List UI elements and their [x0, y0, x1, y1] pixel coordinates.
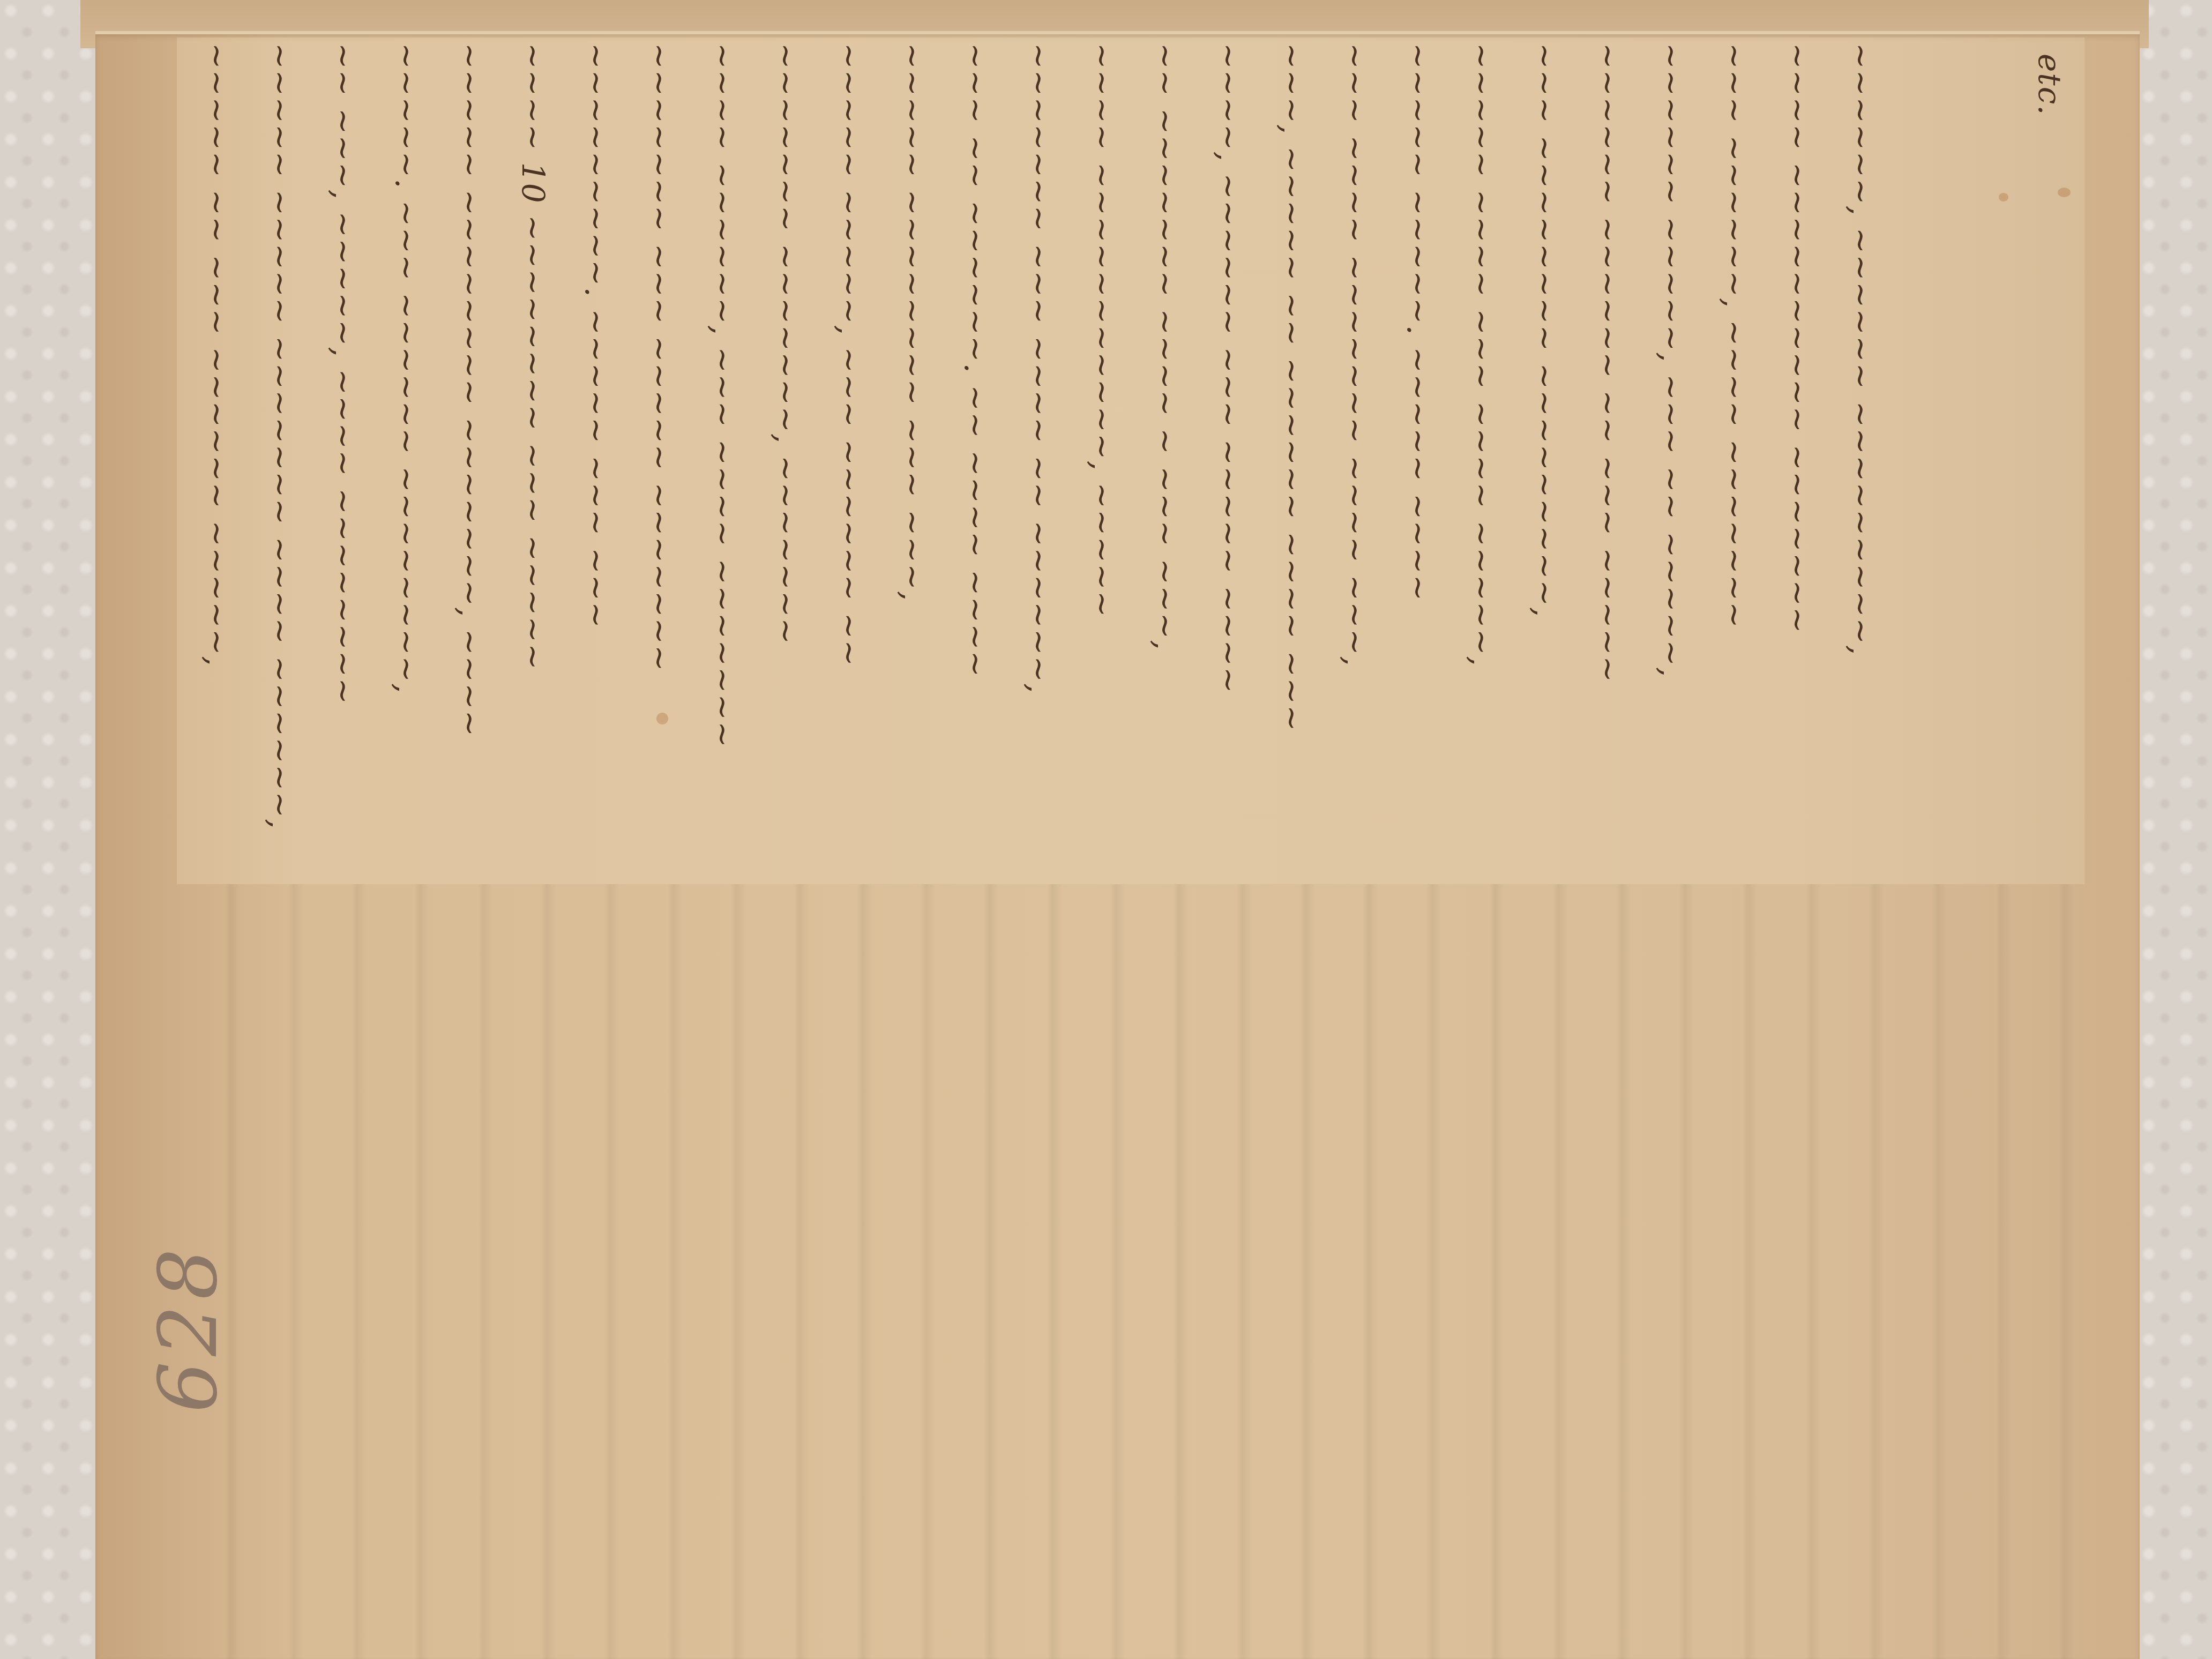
text-line: ~~ ~~~~~~~ ~~~~ ~ ~~~ ~~~,: [1141, 43, 1190, 879]
text-line: ~~~~~~~ ~~~ ~~~~ ~~ ~~~~~~,: [1015, 43, 1063, 879]
handwritten-line: ~~~~~~~~~. ~~~~~ ~~~ ~~~: [572, 43, 621, 629]
text-line: ~~~~ ~~~~~~, ~~~ ~~~~ ~~~~~~~: [699, 43, 747, 879]
text-line: ~~~~~ ~~~~~~~~ ~~~ ~~~,: [888, 43, 937, 879]
foxing-stain: [1999, 193, 2008, 201]
text-line: ~~~~~. ~~~ ~~~~~~ ~~~~~~~~,: [383, 43, 431, 879]
handwritten-line: ~~~ ~~~~~~, ~~~~ ~~~~~~~: [1710, 43, 1759, 629]
handwritten-line: ~~~~~ ~~~~~~~~ ~~~ ~~~,: [888, 43, 937, 602]
text-line: ~~~ ~~~~ ~~~~~~~ ~~~~ ~~~,: [1331, 43, 1379, 879]
handwritten-line: ~~~ ~~~~ ~~~~~~~ ~~~~ ~~~,: [1331, 43, 1379, 667]
handwritten-closing-etc: etc.: [2026, 54, 2074, 116]
text-line: ~~~~~~, ~~~~~~ ~~~~~~~~~,: [1837, 43, 1885, 879]
text-line: ~~~~ ~~~~~~~~~~~, ~~~~~: [1078, 43, 1126, 879]
handwritten-line: ~~~ ~~ ~~~~~~. ~~ ~~~~ ~~~~: [952, 43, 1000, 678]
text-line: ~~ ~~~, ~~~~~, ~~~~ ~~~~~~~~: [319, 43, 368, 879]
handwritten-line: ~~~~~~~ ~~~~~~~, ~~~~~~~: [762, 43, 810, 645]
handwritten-line: ~~~~~ ~~~~~ ~~~~~~~ ~~~~ ~~~~~~,: [256, 43, 304, 829]
text-line: ~~~~~~~ ~~~ ~~~~~ ~~~~~~~: [636, 43, 684, 879]
handwritten-line: ~~~~ 10 ~~~~~~~~ ~~~ ~~~~~: [509, 43, 557, 671]
text-line: ~~~ ~~~~~~, ~~~~ ~~~~~~~: [1710, 43, 1759, 879]
text-line: ~~~ ~~~~~~~~ ~~~~~~~~~,: [1521, 43, 1569, 879]
handwritten-line: ~~~~~~~ ~~~ ~~~~ ~~ ~~~~~~,: [1015, 43, 1063, 694]
text-line: ~~~~, ~~~~~~ ~~~ ~~~~~ ~~~~: [1205, 43, 1253, 879]
text-line: ~~~~ ~~~~~~~~~~ ~~~~~~~: [1774, 43, 1822, 879]
text-line: ~~~~~ ~~~~~~~~ ~~~~~~~, ~~~~: [446, 43, 494, 879]
handwritten-line: ~~~~~ ~~~~~~~~ ~~~~~~~, ~~~~: [446, 43, 494, 737]
handwritten-line: ~~~~~ ~~ ~~~ ~~~~~~ ~~~~~,: [193, 43, 241, 667]
text-line: ~~~ ~~ ~~~~~~. ~~ ~~~~ ~~~~: [952, 43, 1000, 879]
text-line: ~~~~~ ~~~~~ ~~~~~~~ ~~~~ ~~~~~~,: [256, 43, 304, 879]
text-line: ~~~~~~~ ~~~~~~~, ~~~~~~~: [762, 43, 810, 879]
text-line: ~~~~~~~~~. ~~~~~ ~~~ ~~~: [572, 43, 621, 879]
page-fold: [95, 31, 2140, 34]
ink-bleed-through-area: [177, 884, 2084, 1659]
handwritten-line: ~~~~~~ ~~~~~, ~~~ ~~ ~~~~~,: [1647, 43, 1695, 678]
text-line: ~~~~~~ ~~~~~~ ~~ ~~~ ~~~~~: [1584, 43, 1632, 879]
handwritten-line: ~~~ ~~~~~~~~ ~~~~~~~~~,: [1521, 43, 1569, 618]
text-line: ~~~~~ ~~ ~~~ ~~~~~~ ~~~~~,: [193, 43, 241, 879]
text-line: ~~~~~ ~~~~~. ~~~~~ ~~~~: [1394, 43, 1443, 879]
text-line: ~~~, ~~~~~ ~~ ~~~~~~ ~~~~ ~~~: [1268, 43, 1316, 879]
handwritten-line: ~~ ~~~, ~~~~~, ~~~~ ~~~~~~~~: [319, 43, 368, 705]
handwritten-line: ~~~~ ~~~~~~~~~~ ~~~~~~~: [1774, 43, 1822, 634]
handwritten-line: ~~~~ ~~~~~~, ~~~ ~~~~ ~~~~~~~: [699, 43, 747, 749]
text-line: ~~~~~~ ~~~~~, ~~~ ~~ ~~~~~,: [1647, 43, 1695, 879]
foxing-stain: [656, 713, 668, 724]
handwritten-line: ~~~~~ ~~~~ ~~~ ~~~~ ~~~~~,: [1458, 43, 1506, 667]
handwritten-line: ~~~~, ~~~~~~ ~~~ ~~~~~ ~~~~: [1205, 43, 1253, 694]
handwritten-line: ~~~~ ~~~~~~~~~~~, ~~~~~: [1078, 43, 1126, 618]
handwritten-line: ~~~~~~~ ~~~ ~~~~~ ~~~~~~~: [636, 43, 684, 672]
handwritten-line: ~~~~~ ~~~~~, ~~~ ~~~~~~ ~~: [825, 43, 873, 667]
foxing-stain: [2058, 188, 2071, 197]
handwritten-line: ~~~, ~~~~~ ~~ ~~~~~~ ~~~~ ~~~: [1268, 43, 1316, 732]
text-line: ~~~~~ ~~~~ ~~~ ~~~~ ~~~~~,: [1458, 43, 1506, 879]
handwritten-line: ~~~~~. ~~~ ~~~~~~ ~~~~~~~~,: [383, 43, 431, 694]
closing-line: etc.: [2026, 54, 2074, 890]
handwritten-line: ~~ ~~~~~~~ ~~~~ ~ ~~~ ~~~,: [1141, 43, 1190, 651]
handwritten-line: ~~~~~~, ~~~~~~ ~~~~~~~~~,: [1837, 43, 1885, 656]
text-line: ~~~~~ ~~~~~, ~~~ ~~~~~~ ~~: [825, 43, 873, 879]
handwritten-line: ~~~~~~ ~~~~~~ ~~ ~~~ ~~~~~: [1584, 43, 1632, 683]
handwritten-line: ~~~~~ ~~~~~. ~~~~~ ~~~~: [1394, 43, 1443, 602]
text-line: ~~~~ 10 ~~~~~~~~ ~~~ ~~~~~: [509, 43, 557, 879]
archival-page-number: 628: [142, 1243, 235, 1413]
